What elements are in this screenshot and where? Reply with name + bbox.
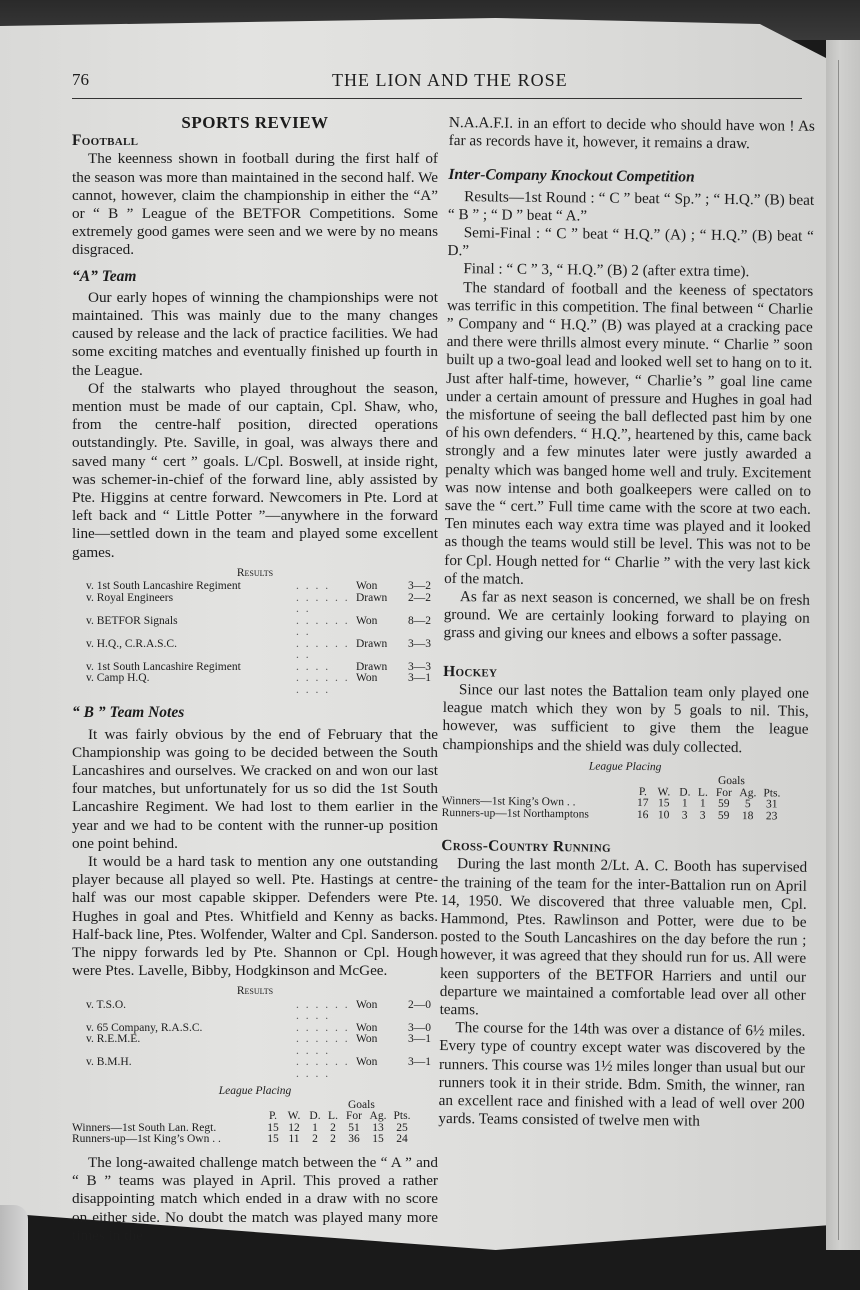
- results-row: v. Royal Engineers. . . . . . . .Drawn2—…: [72, 593, 438, 616]
- outcome: Won: [356, 673, 408, 696]
- league-title: League Placing: [442, 760, 808, 775]
- score: 8—2: [408, 616, 438, 639]
- outcome: Won: [356, 1057, 408, 1080]
- cell: 3: [694, 810, 712, 822]
- cell: 11: [282, 1134, 306, 1146]
- knockout-paragraph-2: As far as next season is concerned, we s…: [443, 588, 810, 646]
- leader-dots: . . . . . . . . . .: [296, 1057, 356, 1080]
- section-title: SPORTS REVIEW: [72, 114, 438, 132]
- a-team-paragraph-1: Our early hopes of winning the champions…: [72, 289, 438, 380]
- b-team-paragraph-1: It was fairly obvious by the end of Febr…: [72, 726, 438, 853]
- b-team-paragraph-2: It would be a hard task to mention any o…: [72, 853, 438, 980]
- cell: 36: [342, 1134, 366, 1146]
- hockey-paragraph: Since our last notes the Battalion team …: [442, 681, 809, 758]
- b-team-league-placing: League Placing Goals P. W. D. L. For Ag.…: [72, 1086, 438, 1146]
- challenge-match-paragraph: The long-awaited challenge match between…: [72, 1154, 438, 1245]
- results-row: v. Camp H.Q.. . . . . . . . . .Won3—1: [72, 673, 438, 696]
- leader-dots: . . . . . . . . . .: [296, 1034, 356, 1057]
- cell: 3: [676, 810, 694, 822]
- opponent: v. BETFOR Signals: [86, 616, 296, 639]
- opponent: v. Royal Engineers: [86, 593, 296, 616]
- results-row: v. H.Q., C.R.A.S.C.. . . . . . . .Drawn3…: [72, 639, 438, 662]
- cell: 15: [366, 1134, 390, 1146]
- cell: 2: [306, 1134, 324, 1146]
- cell: 24: [390, 1134, 414, 1146]
- team: Runners-up—1st Northamptons: [442, 808, 634, 822]
- opponent: v. H.Q., C.R.A.S.C.: [86, 639, 296, 662]
- a-team-paragraph-2: Of the stalwarts who played throughout t…: [72, 380, 438, 562]
- leader-dots: . . . . . . . .: [296, 616, 356, 639]
- cell: 15: [264, 1134, 282, 1146]
- opponent: v. R.E.M.E.: [86, 1034, 296, 1057]
- continuation-paragraph: N.A.A.F.I. in an effort to decide who sh…: [449, 114, 815, 154]
- results-title: Results: [72, 568, 438, 580]
- team: Runners-up—1st King’s Own . .: [72, 1134, 264, 1146]
- cell: 59: [712, 810, 736, 822]
- football-intro: The keenness shown in football during th…: [72, 150, 438, 259]
- a-team-heading: “A” Team: [72, 268, 438, 286]
- league-row: Runners-up—1st King’s Own . . 15 11 2 2 …: [72, 1134, 438, 1146]
- outcome: Won: [356, 616, 408, 639]
- knockout-paragraph-1: The standard of football and the keeness…: [444, 279, 813, 592]
- league-row: Runners-up—1st Northamptons 16 10 3 3 59…: [442, 808, 808, 823]
- cell: 10: [652, 810, 676, 822]
- b-team-results-table: Results v. T.S.O.. . . . . . . . . .Won2…: [72, 986, 438, 1080]
- cross-country-paragraph-1: During the last month 2/Lt. A. C. Booth …: [440, 855, 808, 1023]
- score: 3—1: [408, 1034, 438, 1057]
- league-title: League Placing: [72, 1086, 438, 1098]
- score: 3—1: [408, 673, 438, 696]
- knockout-semi-final: Semi-Final : “ C ” beat “ H.Q.” (A) ; “ …: [447, 224, 813, 264]
- cross-country-paragraph-2: The course for the 14th was over a dista…: [438, 1019, 805, 1132]
- score: 3—1: [408, 1057, 438, 1080]
- cell: 23: [760, 811, 784, 823]
- score: 2—0: [408, 1000, 438, 1023]
- a-team-results-table: Results v. 1st South Lancashire Regiment…: [72, 568, 438, 697]
- running-title: THE LION AND THE ROSE: [332, 70, 568, 91]
- left-column: SPORTS REVIEW Football The keenness show…: [72, 112, 438, 1245]
- football-heading: Football: [72, 132, 438, 150]
- cell: 18: [736, 811, 760, 823]
- knockout-round1: Results—1st Round : “ C ” beat “ Sp.” ; …: [448, 188, 814, 228]
- opponent: v. Camp H.Q.: [86, 673, 296, 696]
- leader-dots: . . . . . . . .: [296, 639, 356, 662]
- b-team-heading: “ B ” Team Notes: [72, 704, 438, 722]
- knockout-heading: Inter-Company Knockout Competition: [448, 166, 814, 188]
- results-row: v. BETFOR Signals. . . . . . . .Won8—2: [72, 616, 438, 639]
- results-row: v. B.M.H.. . . . . . . . . .Won3—1: [72, 1057, 438, 1080]
- opponent: v. T.S.O.: [86, 1000, 296, 1023]
- leader-dots: . . . . . . . . . .: [296, 1000, 356, 1023]
- score: 3—3: [408, 639, 438, 662]
- leader-dots: . . . . . . . .: [296, 593, 356, 616]
- page-spine: [826, 40, 860, 1250]
- outcome: Drawn: [356, 593, 408, 616]
- results-row: v. T.S.O.. . . . . . . . . .Won2—0: [72, 1000, 438, 1023]
- leader-dots: . . . . . . . . . .: [296, 673, 356, 696]
- outcome: Won: [356, 1000, 408, 1023]
- outcome: Drawn: [356, 639, 408, 662]
- outcome: Won: [356, 1034, 408, 1057]
- page-number: 76: [72, 70, 89, 90]
- cell: 16: [634, 810, 652, 822]
- thumb: [0, 1205, 28, 1290]
- score: 2—2: [408, 593, 438, 616]
- right-column: N.A.A.F.I. in an effort to decide who sh…: [438, 114, 815, 1132]
- page-header: 76 THE LION AND THE ROSE: [72, 68, 802, 99]
- cell: 2: [324, 1134, 342, 1146]
- results-row: v. R.E.M.E.. . . . . . . . . .Won3—1: [72, 1034, 438, 1057]
- results-title: Results: [72, 986, 438, 998]
- hockey-league-placing: League Placing Goals P. W. D. L. For Ag.…: [442, 760, 809, 823]
- opponent: v. B.M.H.: [86, 1057, 296, 1080]
- spine-binding-line: [838, 60, 839, 1240]
